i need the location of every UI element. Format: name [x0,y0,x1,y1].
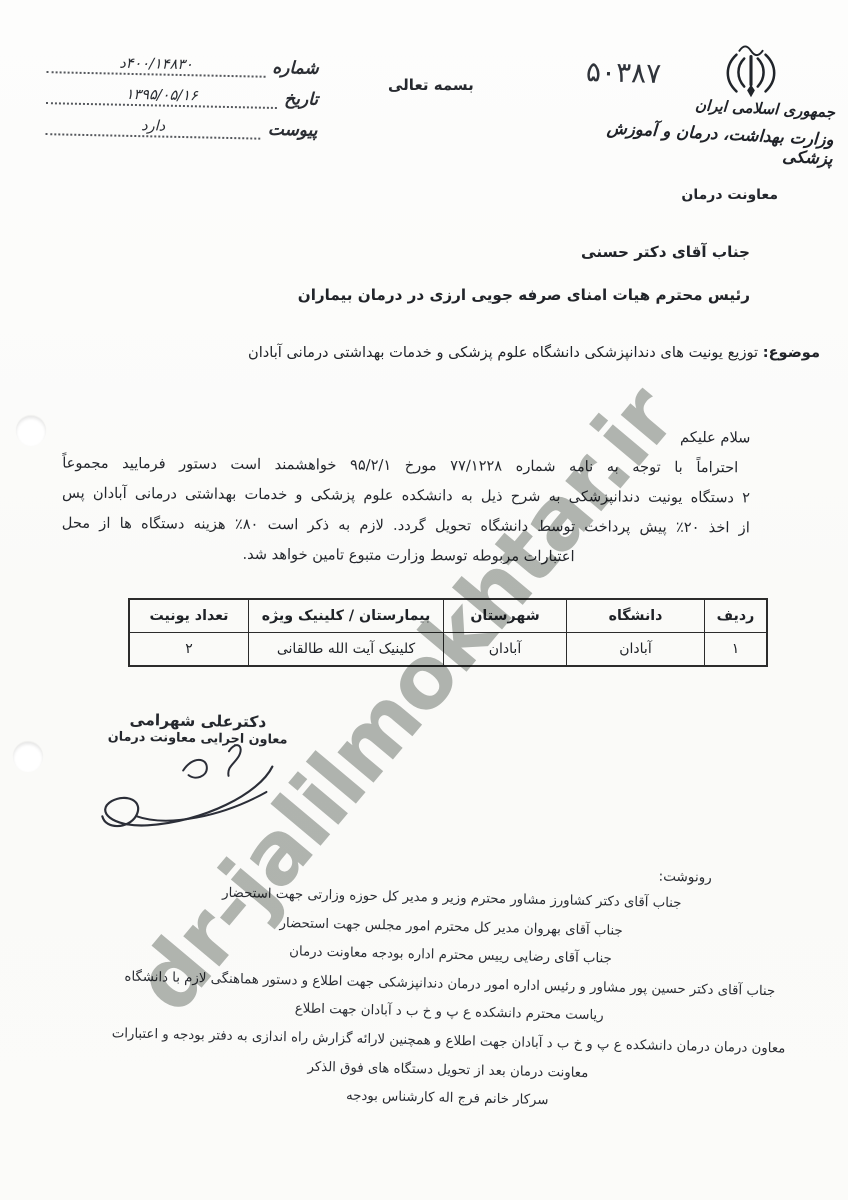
table-header-cell: شهرستان [444,599,567,633]
recipient-block: جناب آقای دکتر حسنی رئیس محترم هیات امنا… [298,231,750,317]
besmele-text: بسمه تعالی [388,76,474,94]
table-cell: ۲ [129,633,249,667]
cc-items: جناب آقای دکتر کشاورز مشاور محترم وزیر و… [90,877,810,1122]
recipient-name: جناب آقای دکتر حسنی [298,231,750,274]
table-cell: آبادان [567,633,705,667]
subject-text: توزیع یونیت های دندانپزشکی دانشگاه علوم … [248,344,758,361]
table-cell: آبادان [444,633,567,667]
reference-number-value: د۴۰۰/۱۴۸۳۰ [47,54,266,78]
reference-number-label: شماره [272,58,319,79]
republic-title: جمهوری اسلامی ایران [555,89,836,122]
subject-line: موضوع: توزیع یونیت های دندانپزشکی دانشگا… [180,344,820,361]
letterhead-calligraphy: جمهوری اسلامی ایران وزارت بهداشت، درمان … [552,89,835,169]
table-header-row: ردیفدانشگاهشهرستانبیمارستان / کلینیک ویژ… [129,599,767,633]
table-cell: کلینیک آیت الله طالقانی [249,633,444,667]
letter-body: سلام علیکم احتراماً با توجه به نامه شمار… [61,419,750,574]
reference-attachment-row: پیوست دارد [45,115,317,141]
table-header-cell: تعداد یونیت [129,599,249,633]
reference-number-row: شماره د۴۰۰/۱۴۸۳۰ [47,53,319,79]
reference-date-label: تاریخ [284,89,318,110]
body-line: احتراماً با توجه به نامه شماره ۷۷/۱۲۲۸ م… [62,449,750,484]
punch-hole-bottom [13,742,43,772]
table-body: ۱آبادانآبادانکلینیک آیت الله طالقانی۲ [129,633,767,667]
reference-block: شماره د۴۰۰/۱۴۸۳۰ تاریخ ۱۳۹۵/۰۵/۱۶ پیوست … [45,53,319,152]
ministry-title: وزارت بهداشت، درمان و آموزش پزشکی [552,116,834,169]
department-title: معاونت درمان [681,187,778,203]
indexing-number-stamp: ۵۰۳۸۷ [586,55,662,90]
table-header-cell: ردیف [705,599,768,633]
reference-date-value: ۱۳۹۵/۰۵/۱۶ [46,85,278,109]
reference-attachment-label: پیوست [268,120,318,141]
salutation: سلام علیکم [62,419,750,454]
recipient-title: رئیس محترم هیات امنای صرفه جویی ارزی در … [298,274,750,317]
cc-block: رونوشت: جناب آقای دکتر کشاورز مشاور محتر… [90,856,810,1122]
table-cell: ۱ [705,633,768,667]
punch-hole-top [16,416,46,446]
reference-date-row: تاریخ ۱۳۹۵/۰۵/۱۶ [46,84,318,110]
signature-block: دکترعلی شهرامی معاون اجرایی معاونت درمان [55,710,339,841]
table-header-cell: بیمارستان / کلینیک ویژه [249,599,444,633]
unit-allocation-table: ردیفدانشگاهشهرستانبیمارستان / کلینیک ویژ… [128,598,768,667]
handwritten-signature [73,736,315,840]
reference-attachment-value: دارد [45,116,261,140]
table-header-cell: دانشگاه [567,599,705,633]
body-line: اعتبارات مربوطه توسط وزارت متبوع تامین خ… [201,540,574,573]
body-line: از اخذ ۲۰٪ پیش پرداخت توسط دانشگاه تحویل… [62,509,750,544]
body-line: ۲ دستگاه یونیت دندانپزشکی به شرح ذیل به … [62,479,750,514]
subject-label: موضوع: [763,344,820,361]
table-row: ۱آبادانآبادانکلینیک آیت الله طالقانی۲ [129,633,767,667]
letter-page: شماره د۴۰۰/۱۴۸۳۰ تاریخ ۱۳۹۵/۰۵/۱۶ پیوست … [0,0,848,1200]
